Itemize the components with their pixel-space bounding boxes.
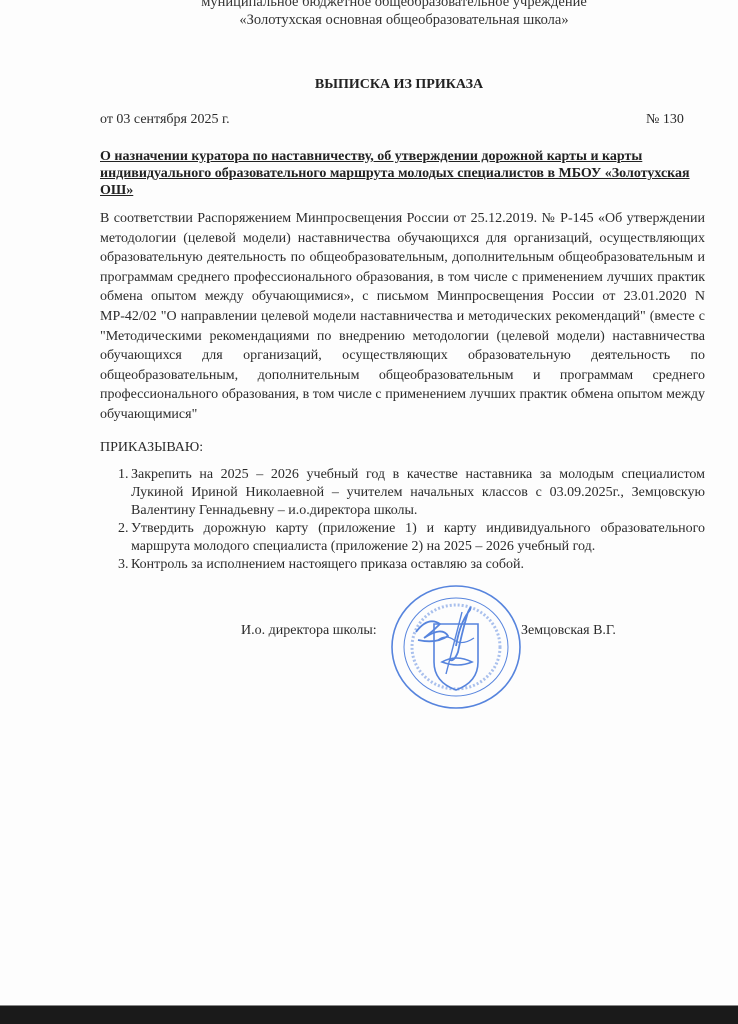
order-item-number: 1. [118,466,129,484]
order-item-text: Контроль за исполнением настоящего прика… [131,557,524,572]
document-title: ВЫПИСКА ИЗ ПРИКАЗА [0,77,738,93]
order-item: 2. Утвердить дорожную карту (приложение … [100,520,705,556]
institution-line-1: муниципальное бюджетное общеобразователь… [25,0,738,11]
order-item: 1. Закрепить на 2025 – 2026 учебный год … [100,466,705,520]
order-items-list: 1. Закрепить на 2025 – 2026 учебный год … [100,466,705,574]
scan-bottom-edge [0,1005,738,1024]
official-stamp-icon [388,582,524,712]
order-item-number: 3. [118,556,129,574]
order-item-text: Закрепить на 2025 – 2026 учебный год в к… [131,467,705,518]
institution-line-2: «Золотухская основная общеобразовательна… [35,12,738,29]
order-preamble: В соответствии Распоряжением Минпросвеще… [100,209,705,425]
order-item: 3. Контроль за исполнением настоящего пр… [100,556,705,574]
order-item-number: 2. [118,520,129,538]
order-directive-heading: ПРИКАЗЫВАЮ: [100,440,203,456]
signatory-name: Земцовская В.Г. [521,623,616,639]
order-item-text: Утвердить дорожную карту (приложение 1) … [131,521,705,554]
order-date: от 03 сентября 2025 г. [100,112,230,128]
order-number: № 130 [646,112,684,128]
signatory-position: И.о. директора школы: [241,623,377,639]
scanned-document-page: муниципальное бюджетное общеобразователь… [0,0,738,1004]
order-subject: О назначении куратора по наставничеству,… [100,148,710,199]
